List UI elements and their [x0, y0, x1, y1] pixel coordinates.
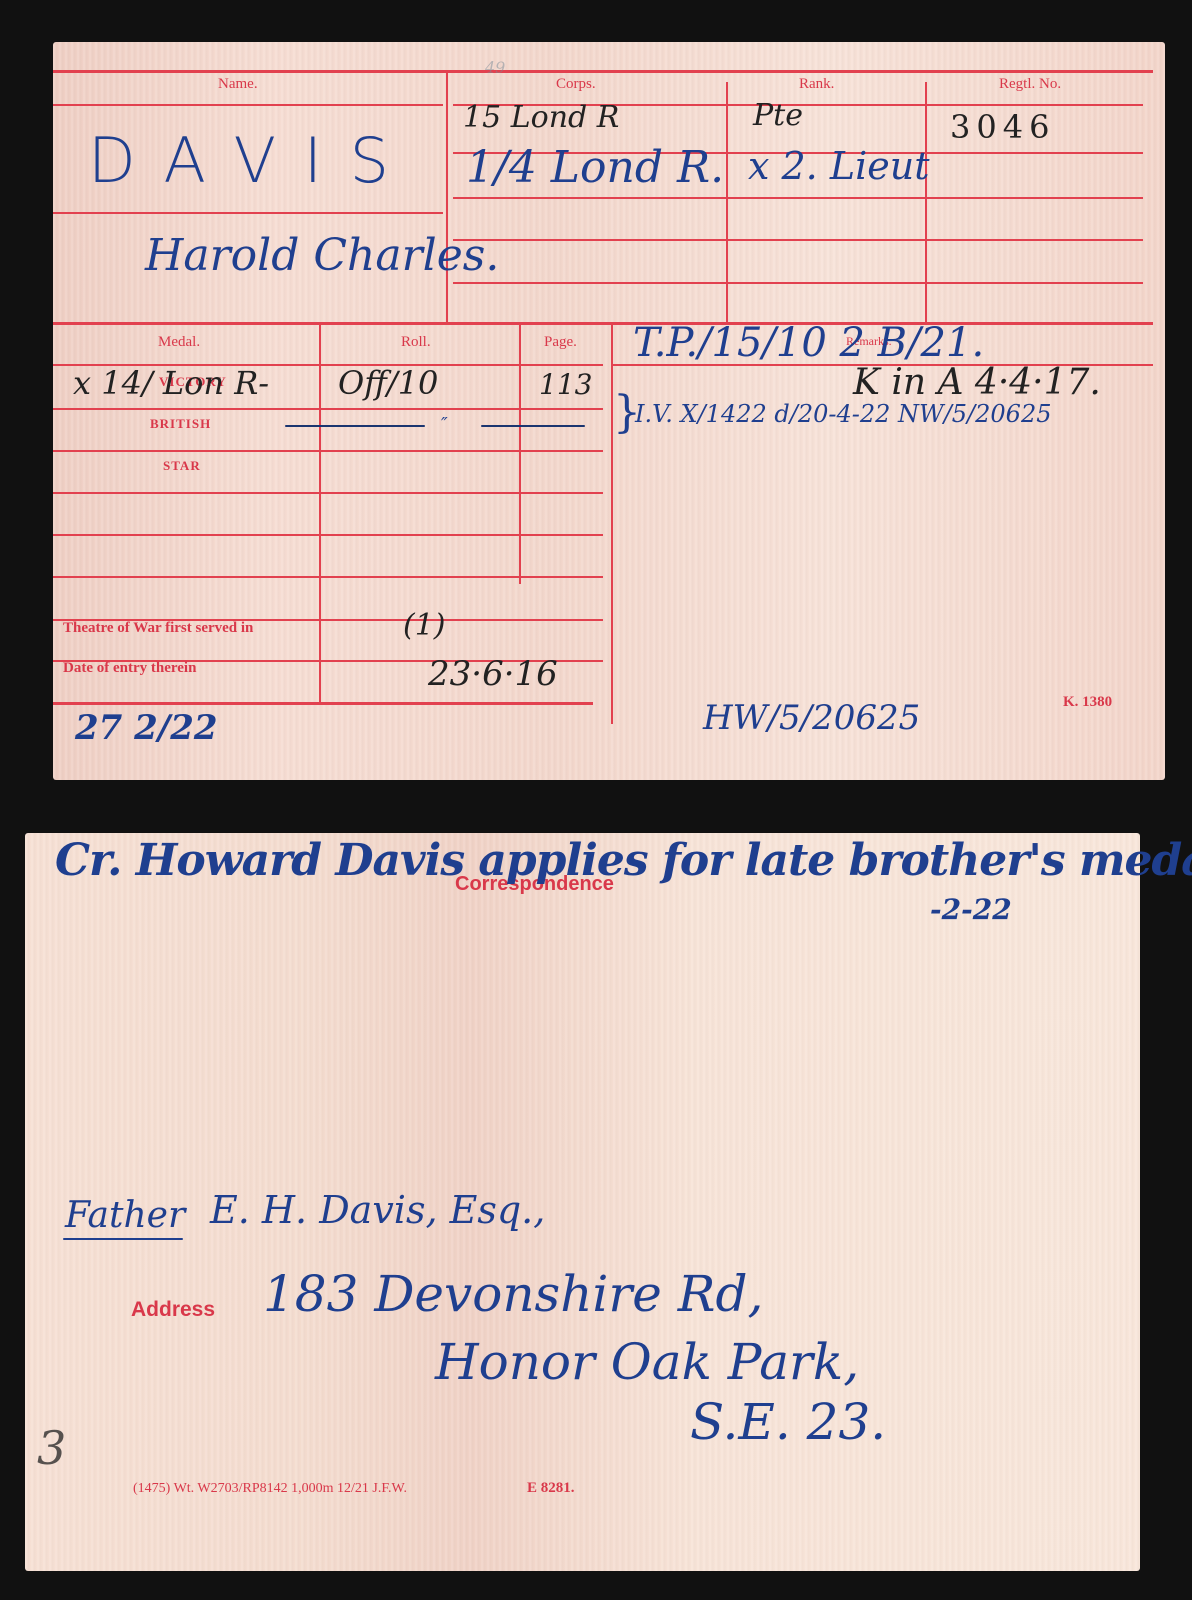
- header-roll: Roll.: [401, 334, 431, 351]
- date-entry-label: Date of entry therein: [63, 660, 196, 677]
- rule-vertical: [925, 82, 927, 322]
- rule-vertical: [726, 82, 728, 322]
- header-medal: Medal.: [158, 334, 200, 351]
- corps-entry-2: 1/4 Lond R.: [466, 142, 724, 193]
- pencil-mark: 49: [485, 58, 505, 77]
- regtl-number: 3046: [950, 108, 1055, 146]
- father-name: E. H. Davis, Esq.,: [210, 1188, 545, 1232]
- rule-vertical: [519, 324, 521, 584]
- form-number: K. 1380: [1063, 694, 1112, 711]
- ditto-line: [481, 425, 585, 427]
- rank-entry-1: Pte: [753, 98, 803, 133]
- medal-british-label: BRITISH: [150, 416, 211, 432]
- header-page: Page.: [544, 334, 577, 351]
- medal-star-label: STAR: [163, 458, 201, 474]
- rule-vertical: [319, 324, 321, 702]
- rank-entry-2: x 2. Lieut: [748, 144, 929, 188]
- forenames: Harold Charles.: [145, 230, 499, 281]
- rule: [53, 70, 1153, 73]
- address-label: Address: [131, 1298, 215, 1322]
- roll-british-ditto: ″: [441, 414, 448, 435]
- header-regtl-no: Regtl. No.: [999, 76, 1061, 93]
- remarks-line-1: T.P./15/10 2 B/21.: [633, 320, 984, 366]
- correspondence-line-1: Cr. Howard Davis applies for late brothe…: [55, 835, 1192, 886]
- ditto-line: [285, 425, 425, 427]
- remarks-line-2: I.V. X/1422 d/20-4-22 NW/5/20625: [635, 400, 1051, 428]
- medal-annotation: x 14/ Lon R-: [73, 364, 269, 402]
- roll-victory: Off/10: [338, 364, 438, 402]
- rule: [453, 282, 1143, 284]
- father-label: Father: [65, 1195, 185, 1236]
- bottom-reference: HW/5/20625: [703, 698, 920, 738]
- remarks-killed-in-action: K in A 4·4·17.: [853, 362, 1101, 403]
- rule: [53, 104, 443, 106]
- rule-vertical: [611, 324, 613, 724]
- corner-pencil-mark: 3: [37, 1421, 66, 1475]
- surname: D A V I S: [88, 124, 393, 197]
- correspondence-date: -2-22: [930, 893, 1012, 926]
- date-entry-value: 23·6·16: [428, 654, 558, 694]
- bottom-left-note: 27 2/22: [75, 708, 218, 748]
- rule: [53, 322, 1153, 325]
- imprint-code: E 8281.: [527, 1480, 575, 1497]
- medal-card-front: Name. Corps. Rank. Regtl. No. Medal. Rol…: [53, 42, 1165, 780]
- header-rank: Rank.: [799, 76, 834, 93]
- printer-imprint: (1475) Wt. W2703/RP8142 1,000m 12/21 J.F…: [133, 1481, 407, 1497]
- medal-card-back: Correspondence Cr. Howard Davis applies …: [25, 833, 1140, 1571]
- rule: [53, 702, 593, 705]
- rule-vertical: [446, 70, 448, 322]
- address-line-1: 183 Devonshire Rd,: [263, 1265, 763, 1323]
- theatre-label: Theatre of War first served in: [63, 620, 253, 637]
- theatre-value: (1): [403, 608, 446, 643]
- corps-entry-1: 15 Lond R: [463, 100, 619, 135]
- rule: [453, 239, 1143, 241]
- rule: [53, 212, 443, 214]
- page-victory: 113: [539, 368, 592, 401]
- header-corps: Corps.: [556, 76, 596, 93]
- header-name: Name.: [218, 76, 258, 93]
- address-line-2: Honor Oak Park,: [435, 1333, 859, 1391]
- rule: [453, 197, 1143, 199]
- father-underline: [63, 1238, 183, 1240]
- address-line-3: S.E. 23.: [690, 1393, 886, 1451]
